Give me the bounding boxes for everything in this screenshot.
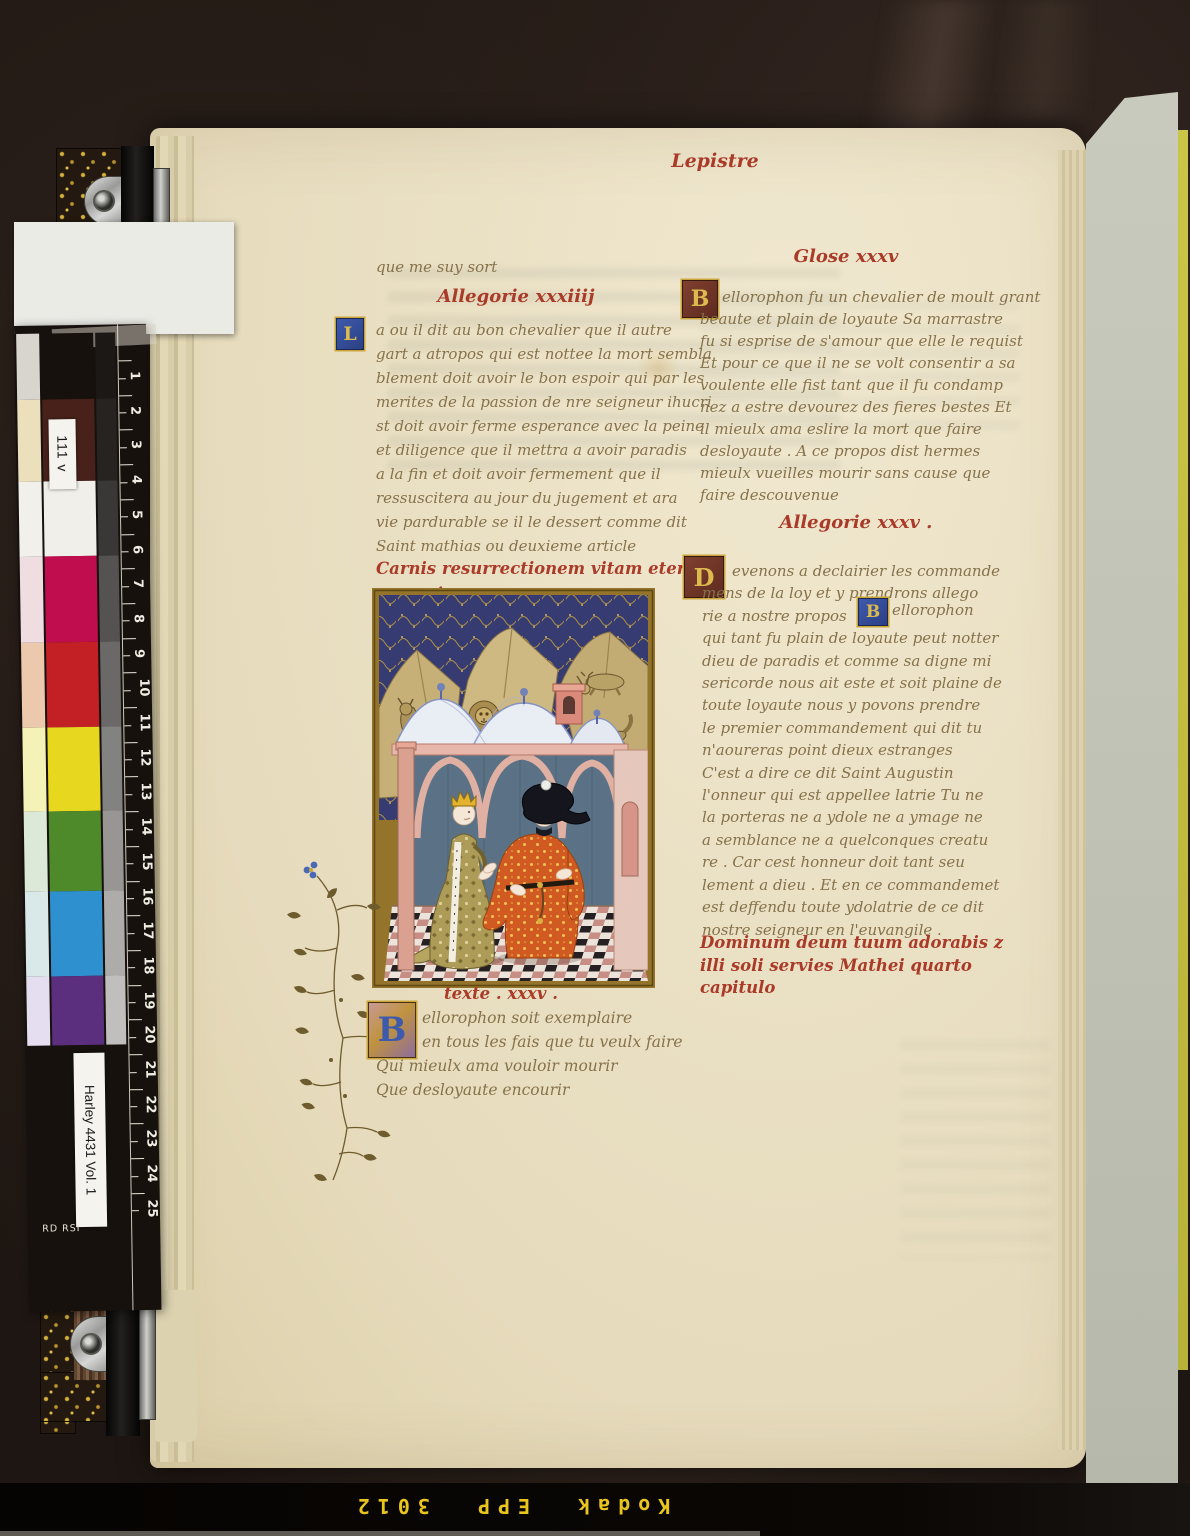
- metal-strip: [139, 1296, 156, 1420]
- text-line: blement doit avoir le bon espoir qui par…: [376, 366, 712, 390]
- yellow-edge-strip: [1178, 130, 1188, 1370]
- film-stock-label: Kodak EPP 3012: [285, 1494, 735, 1518]
- manuscript-photograph: 1234567891011121314151617181920212223242…: [0, 0, 1190, 1536]
- text-line: dieu de paradis et comme sa digne mi: [702, 650, 1002, 672]
- verse-line: Qui mieulx ama vouloir mourir: [376, 1054, 683, 1078]
- text-line: faire descouvenue: [700, 484, 1040, 506]
- ruler-number: 12: [137, 748, 152, 766]
- ruler-tick: [125, 742, 138, 743]
- ruler-tick: [132, 1193, 145, 1194]
- color-calibration-bar: 1234567891011121314151617181920212223242…: [14, 324, 161, 1312]
- ruler-tick: [131, 1123, 144, 1124]
- ruler-tick-minor: [132, 1210, 139, 1211]
- latin-rubric-right: Dominum deum tuum adorabis zilli soli se…: [700, 932, 1003, 1000]
- ruler-tick-minor: [131, 1141, 138, 1142]
- ruler-number: 14: [138, 817, 153, 835]
- text-line: beaute et plain de loyaute Sa marrastre: [700, 308, 1040, 330]
- ruler-tick-minor: [128, 933, 135, 934]
- inline-word: ellorophon: [892, 601, 974, 619]
- color-patch: [21, 643, 45, 728]
- ruler-number: 17: [140, 922, 155, 940]
- ruler-tick-minor: [130, 1072, 137, 1073]
- ruler-tick: [127, 881, 140, 882]
- clamp-hole: [93, 190, 115, 212]
- text-line: voulente elle fist tant que il fu condam…: [700, 374, 1040, 396]
- text-line: la porteras ne a ydole ne a ymage ne: [702, 806, 1002, 828]
- folio-number-label: 111 v: [48, 419, 76, 489]
- ruler-tick: [131, 1158, 144, 1159]
- ruler-tick: [119, 395, 132, 396]
- ruler-tick-minor: [126, 829, 133, 830]
- ruler-tick: [123, 638, 136, 639]
- color-patch: [17, 400, 41, 482]
- verse-line: en tous les fais que tu veulx faire: [376, 1030, 683, 1054]
- text-line: nez a estre devourez des fieres bestes E…: [700, 396, 1040, 418]
- color-patch: [101, 726, 122, 810]
- ruler-number: 23: [143, 1130, 158, 1148]
- ruler-number: 10: [136, 679, 151, 697]
- color-patch: [49, 811, 102, 892]
- pink-turret: [553, 684, 585, 724]
- ruler-number: 25: [144, 1199, 159, 1217]
- miniature-painting: [372, 588, 655, 988]
- ruler-tick-minor: [124, 690, 131, 691]
- ruler-tick: [122, 603, 135, 604]
- ruler-tick-minor: [131, 1176, 138, 1177]
- color-patch: [46, 642, 99, 728]
- ruler-tick-minor: [125, 759, 132, 760]
- ruler-number: 3: [128, 440, 143, 449]
- latin-line: Carnis resurrectionem vitam eter: [376, 556, 686, 581]
- ruler-tick-minor: [128, 968, 135, 969]
- ruler-number: 24: [144, 1164, 159, 1182]
- illuminated-initial-L: L: [336, 318, 364, 350]
- left-column-text: a ou il dit au bon chevalier que il autr…: [376, 318, 712, 558]
- ruler-number: 21: [142, 1060, 157, 1078]
- ruler-tick: [127, 915, 140, 916]
- text-line: il mieulx ama eslire la mort que faire: [700, 418, 1040, 440]
- ruler-tick-minor: [125, 794, 132, 795]
- text-line: ressuscitera au jour du jugement et ara: [376, 486, 712, 510]
- color-patch: [103, 810, 124, 890]
- color-patch: [97, 480, 118, 555]
- ruler-tick: [126, 846, 139, 847]
- ruler-tick: [126, 811, 139, 812]
- ruler-number: 19: [141, 991, 156, 1009]
- running-title: Lepistre: [640, 150, 790, 172]
- color-patch: [45, 556, 98, 643]
- allegorie-heading-left: Allegorie xxxiiij: [380, 286, 652, 307]
- text-line: desloyaute . A ce propos dist hermes: [700, 440, 1040, 462]
- text-line: fu si esprise de s'amour que elle le req…: [700, 330, 1040, 352]
- ruler-tick-minor: [129, 1002, 136, 1003]
- verse-line: Que desloyaute encourir: [376, 1078, 683, 1102]
- clamp-hole: [80, 1333, 102, 1355]
- ruler-tick: [122, 568, 135, 569]
- color-patch: [18, 482, 42, 557]
- ruler-tick-minor: [129, 1037, 136, 1038]
- backdrop-cloth-fold: [1000, 0, 1090, 120]
- ruler-number: 13: [138, 783, 153, 801]
- texte-heading: texte . xxxv .: [392, 984, 610, 1003]
- ruler-tick: [123, 672, 136, 673]
- text-line: ellorophon fu un chevalier de moult gran…: [700, 286, 1040, 308]
- text-line: a semblance ne a quelconques creatu: [702, 829, 1002, 851]
- text-line: le premier commandement qui dit tu: [702, 717, 1002, 739]
- color-patch: [26, 977, 50, 1046]
- text-line: qui tant fu plain de loyaute peut notter: [702, 627, 1002, 649]
- color-patch: [22, 728, 46, 812]
- text-line: Et pour ce que il ne se volt consentir a…: [700, 352, 1040, 374]
- ruler-tick: [125, 776, 138, 777]
- ruler-tick: [128, 950, 141, 951]
- text-line: est deffendu toute ydolatrie de ce dit: [702, 896, 1002, 918]
- ruler-number: 15: [139, 852, 154, 870]
- ruler-tick-minor: [123, 655, 130, 656]
- ruler-tick-minor: [120, 482, 127, 483]
- ruler-tick-minor: [124, 725, 131, 726]
- glose-text: ellorophon fu un chevalier de moult gran…: [700, 286, 1040, 506]
- ruler-tick: [121, 499, 134, 500]
- ruler-number: 9: [131, 649, 146, 658]
- color-patch: [99, 555, 120, 641]
- ruler-tick-minor: [121, 517, 128, 518]
- ruler-tick-minor: [120, 447, 127, 448]
- ruler-tick: [129, 1019, 142, 1020]
- text-line: gart a atropos qui est nottee la mort se…: [376, 342, 712, 366]
- color-patch: [16, 334, 40, 400]
- ruler-tick-minor: [127, 898, 134, 899]
- ruler-tick-minor: [126, 863, 133, 864]
- ruler-tick: [130, 1089, 143, 1090]
- latin-line: Dominum deum tuum adorabis z: [700, 932, 1003, 955]
- latin-line: illi soli servies Mathei quarto: [700, 955, 1003, 978]
- color-patch: [95, 332, 116, 398]
- ruler-tick: [128, 985, 141, 986]
- color-patch: [50, 891, 103, 977]
- ruler-tick: [121, 534, 134, 535]
- ruler-number: 20: [142, 1026, 157, 1044]
- ruler-tick-minor: [119, 378, 126, 379]
- color-patch: [43, 481, 96, 557]
- text-line: mieulx vueilles mourir sans cause que: [700, 462, 1040, 484]
- shelfmark-label: Harley 4431 Vol. 1: [73, 1053, 107, 1227]
- color-patch: [24, 812, 48, 892]
- color-patch: [105, 975, 126, 1044]
- support-card: [1086, 92, 1178, 1502]
- text-line: l'onneur qui est appellee latrie Tu ne: [702, 784, 1002, 806]
- text-line: vie pardurable se il le dessert comme di…: [376, 510, 712, 534]
- ruler-tick: [120, 464, 133, 465]
- white-card: [14, 222, 234, 334]
- ruler-number: 16: [139, 887, 154, 905]
- ruler-number: 18: [140, 956, 155, 974]
- ruler-tick: [124, 707, 137, 708]
- text-line: lement a dieu . Et en ce commandemet: [702, 874, 1002, 896]
- blue-flower: [304, 862, 318, 879]
- ruler-tick: [129, 1054, 142, 1055]
- text-line: st doit avoir ferme esperance avec la pe…: [376, 414, 712, 438]
- text-line: Saint mathias ou deuxieme article: [376, 534, 712, 558]
- text-line: evenons a declairier les commande: [702, 560, 1002, 582]
- ruler-footer-label: RD RSI: [42, 1223, 81, 1235]
- ruler-tick-minor: [130, 1106, 137, 1107]
- ruler-tick-minor: [122, 586, 129, 587]
- ruler-number: 4: [128, 475, 143, 484]
- verse-text: ellorophon soit exemplaireen tous les fa…: [376, 1006, 683, 1102]
- ruler-number: 5: [129, 510, 144, 519]
- page-fore-edge: [1058, 150, 1088, 1450]
- ruler-tick-minor: [123, 621, 130, 622]
- text-line: re . Car cest honneur doit tant seu: [702, 851, 1002, 873]
- text-line: et diligence que il mettra a avoir parad…: [376, 438, 712, 462]
- ruler-number: 22: [143, 1095, 158, 1113]
- ruler-tick: [120, 430, 133, 431]
- color-patch: [25, 892, 49, 977]
- glose-heading: Glose xxxv: [700, 246, 992, 267]
- latin-line: capitulo: [700, 977, 1003, 1000]
- ruler-tick: [119, 360, 132, 361]
- color-patch: [104, 890, 125, 975]
- color-patch: [100, 641, 121, 726]
- allegorie-heading-right: Allegorie xxxv .: [706, 512, 1006, 533]
- text-line: merites de la passion de nre seigneur ih…: [376, 390, 712, 414]
- ruler-number: 11: [137, 713, 152, 731]
- catchline: que me suy sort: [376, 258, 497, 276]
- color-patch: [47, 727, 100, 812]
- ruler-number: 8: [131, 614, 146, 623]
- color-patch: [20, 557, 44, 643]
- color-patch: [96, 398, 117, 480]
- color-patch: [41, 333, 94, 400]
- page-corner: [155, 1290, 197, 1442]
- ruler-number: 2: [127, 406, 142, 415]
- illuminated-initial-B-inline: B: [858, 598, 888, 626]
- text-line: sericorde nous ait este et soit plaine d…: [702, 672, 1002, 694]
- ruler-number: 1: [127, 371, 142, 380]
- verse-line: ellorophon soit exemplaire: [376, 1006, 683, 1030]
- ink-showthrough: [900, 1040, 1050, 1260]
- film-strip-edge: [0, 1531, 760, 1536]
- text-line: n'aoureras point dieux estranges: [702, 739, 1002, 761]
- ruler-number: 7: [130, 579, 145, 588]
- text-line: C'est a dire ce dit Saint Augustin: [702, 762, 1002, 784]
- ruler-tick-minor: [119, 412, 126, 413]
- ruler-number: 6: [129, 544, 144, 553]
- color-patch: [51, 976, 104, 1046]
- text-line: a ou il dit au bon chevalier que il autr…: [376, 318, 712, 342]
- text-line: a la fin et doit avoir fermement que il: [376, 462, 712, 486]
- ruler-tick-minor: [122, 551, 129, 552]
- text-line: toute loyaute nous y povons prendre: [702, 694, 1002, 716]
